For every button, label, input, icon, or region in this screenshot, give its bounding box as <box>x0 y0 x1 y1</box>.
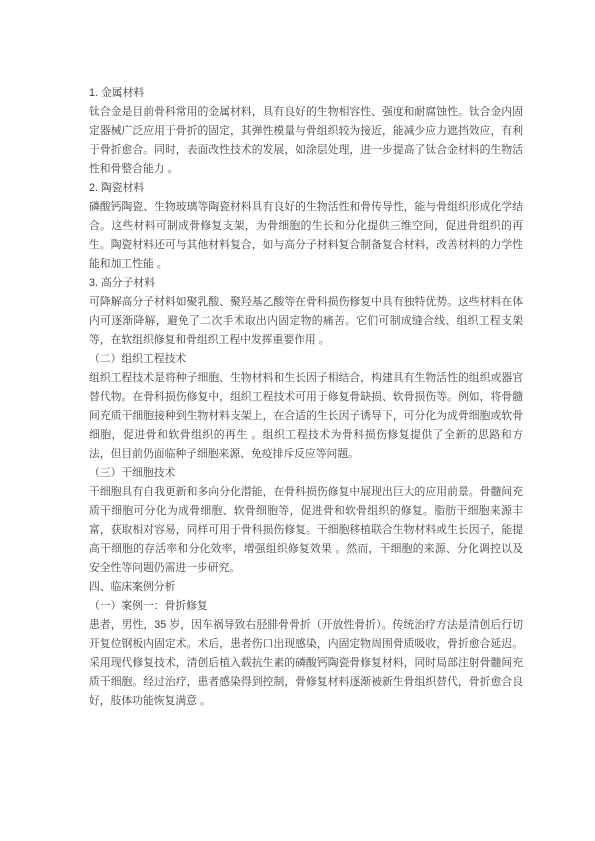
para-stem-cell-technology: 干细胞具有自我更新和多向分化潜能，在骨科损伤修复中展现出巨大的应用前景。骨髓间充… <box>89 483 523 578</box>
document-page: 1. 金属材料 钛合金是目前骨科常用的金属材料，具有良好的生物相容性、强度和耐腐… <box>0 0 595 841</box>
heading-tissue-engineering: （二）组织工程技术 <box>89 350 523 369</box>
heading-clinical-case-analysis: 四、临床案例分析 <box>89 578 523 597</box>
para-metal-materials: 钛合金是目前骨科常用的金属材料，具有良好的生物相容性、强度和耐腐蚀性。钛合金内固… <box>89 103 523 179</box>
heading-metal-materials: 1. 金属材料 <box>89 84 523 103</box>
para-tissue-engineering: 组织工程技术是将种子细胞、生物材料和生长因子相结合，构建具有生物活性的组织或器官… <box>89 369 523 464</box>
para-case-one-fracture-repair: 患者，男性，35 岁，因车祸导致右胫腓骨骨折（开放性骨折）。传统治疗方法是清创后… <box>89 616 523 711</box>
heading-stem-cell-technology: （三）干细胞技术 <box>89 464 523 483</box>
heading-ceramic-materials: 2. 陶瓷材料 <box>89 179 523 198</box>
para-polymer-materials: 可降解高分子材料如聚乳酸、聚羟基乙酸等在骨科损伤修复中具有独特优势。这些材料在体… <box>89 293 523 350</box>
heading-polymer-materials: 3. 高分子材料 <box>89 274 523 293</box>
para-ceramic-materials: 磷酸钙陶瓷、生物玻璃等陶瓷材料具有良好的生物活性和骨传导性，能与骨组织形成化学结… <box>89 198 523 274</box>
heading-case-one-fracture-repair: （一）案例一：骨折修复 <box>89 597 523 616</box>
